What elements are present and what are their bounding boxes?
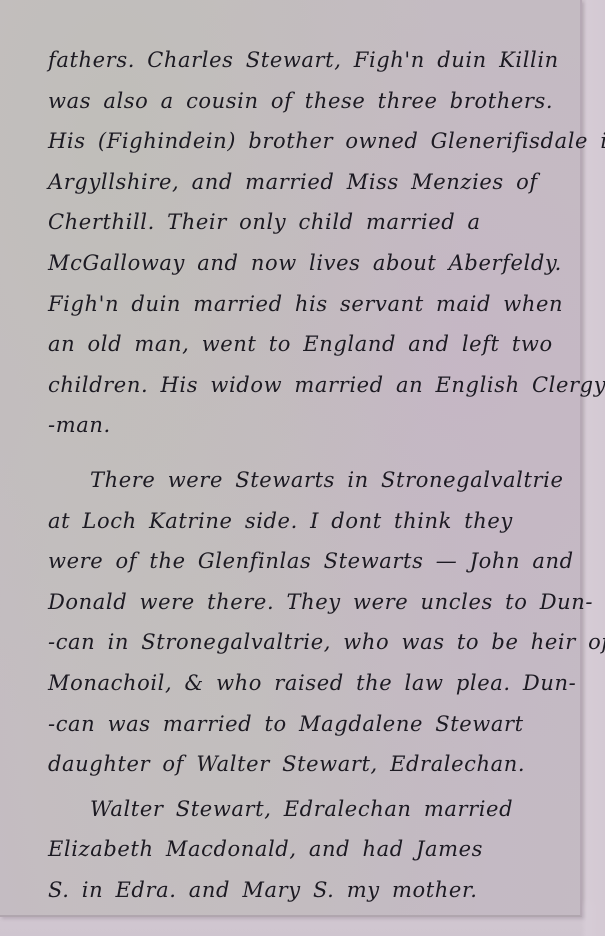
text-line: an old man, went to England and left two <box>48 324 558 365</box>
text-line: daughter of Walter Stewart, Edralechan. <box>48 744 558 785</box>
text-line: Figh'n duin married his servant maid whe… <box>48 284 558 325</box>
text-line: -can was married to Magdalene Stewart <box>48 704 558 745</box>
text-line: Elizabeth Macdonald, and had James <box>48 829 558 870</box>
handwritten-text: fathers. Charles Stewart, Figh'n duin Ki… <box>48 40 558 910</box>
text-line: Cherthill. Their only child married a <box>48 202 558 243</box>
paragraph-3: Walter Stewart, Edralechan married Eliza… <box>48 789 558 911</box>
text-line: His (Fighindein) brother owned Glenerifi… <box>48 121 558 162</box>
text-line: was also a cousin of these three brother… <box>48 81 558 122</box>
text-line: -can in Stronegalvaltrie, who was to be … <box>48 622 558 663</box>
text-line: S. in Edra. and Mary S. my mother. <box>48 870 558 911</box>
paragraph-1: fathers. Charles Stewart, Figh'n duin Ki… <box>48 40 558 446</box>
text-line: fathers. Charles Stewart, Figh'n duin Ki… <box>48 40 558 81</box>
text-line: -man. <box>48 405 558 446</box>
text-line: There were Stewarts in Stronegalvaltrie <box>48 460 558 501</box>
text-line: were of the Glenfinlas Stewarts — John a… <box>48 541 558 582</box>
manuscript-page: fathers. Charles Stewart, Figh'n duin Ki… <box>0 0 582 917</box>
text-line: Monachoil, & who raised the law plea. Du… <box>48 663 558 704</box>
text-line: Argyllshire, and married Miss Menzies of <box>48 162 558 203</box>
text-line: children. His widow married an English C… <box>48 365 558 406</box>
text-line: Donald were there. They were uncles to D… <box>48 582 558 623</box>
paragraph-2: There were Stewarts in Stronegalvaltrie … <box>48 460 558 785</box>
text-line: Walter Stewart, Edralechan married <box>48 789 558 830</box>
text-line: at Loch Katrine side. I dont think they <box>48 501 558 542</box>
text-line: McGalloway and now lives about Aberfeldy… <box>48 243 558 284</box>
